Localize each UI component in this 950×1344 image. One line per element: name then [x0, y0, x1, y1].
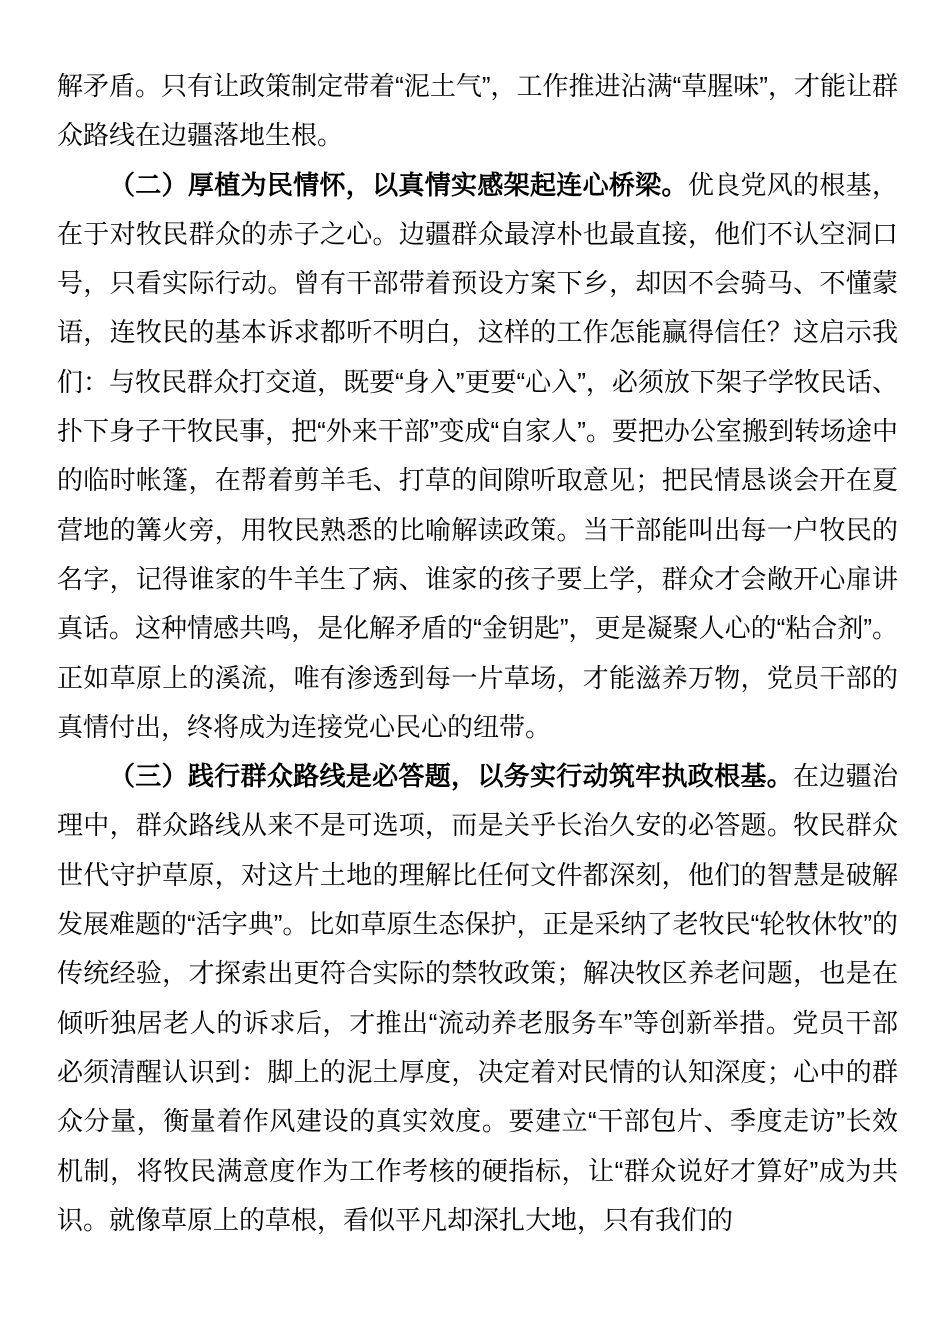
paragraph-section-two: （二）厚植为民情怀，以真情实感架起连心桥梁。优良党风的根基，在于对牧民群众的赤子… [57, 161, 898, 753]
paragraph-text: 解矛盾。只有让政策制定带着“泥土气”，工作推进沾满“草腥味”，才能让群众路线在边… [57, 71, 898, 150]
section-three-heading: （三）践行群众路线是必答题，以务实行动筑牢执政根基。 [109, 761, 793, 791]
paragraph-text: 在边疆治理中，群众路线从来不是可选项，而是关乎长治久安的必答题。牧民群众世代守护… [57, 761, 898, 1235]
document-page: 解矛盾。只有让政策制定带着“泥土气”，工作推进沾满“草腥味”，才能让群众路线在边… [0, 0, 950, 1344]
paragraph-continuation: 解矛盾。只有让政策制定带着“泥土气”，工作推进沾满“草腥味”，才能让群众路线在边… [57, 62, 898, 161]
paragraph-text: 优良党风的根基，在于对牧民群众的赤子之心。边疆群众最淳朴也最直接，他们不认空洞口… [57, 170, 898, 742]
section-two-heading: （二）厚植为民情怀，以真情实感架起连心桥梁。 [109, 170, 688, 200]
paragraph-section-three: （三）践行群众路线是必答题，以务实行动筑牢执政根基。在边疆治理中，群众路线从来不… [57, 752, 898, 1245]
